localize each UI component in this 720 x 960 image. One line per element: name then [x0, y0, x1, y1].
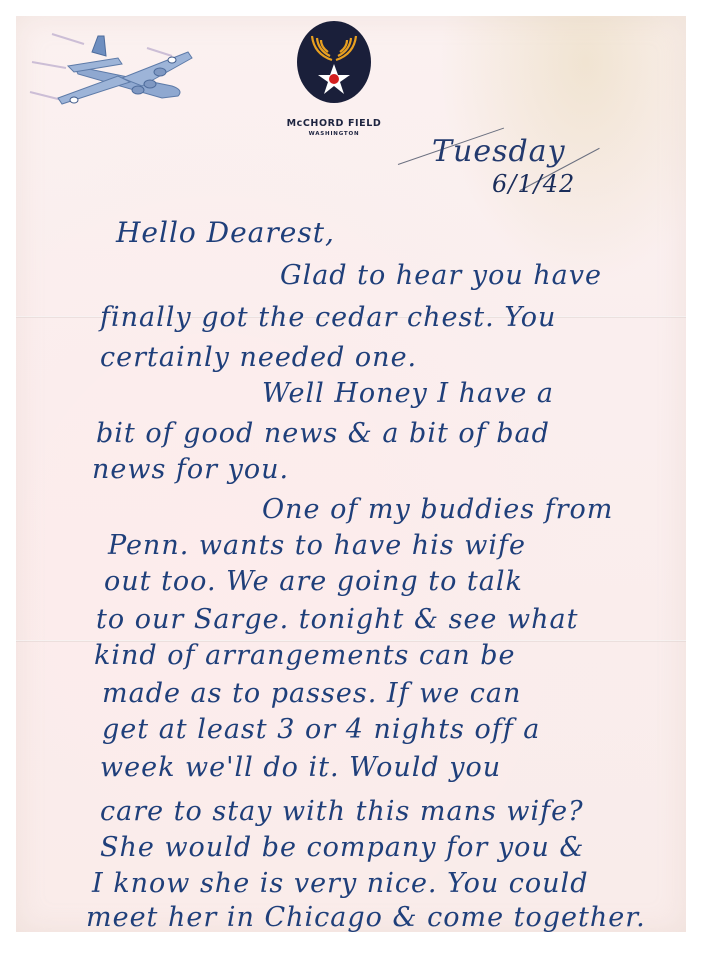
body-line: Penn. wants to have his wife [108, 530, 526, 561]
body-line: week we'll do it. Would you [100, 752, 501, 783]
body-line: news for you. [92, 454, 289, 485]
body-line: meet her in Chicago & come together. [86, 902, 646, 933]
body-line: made as to passes. If we can [102, 678, 521, 709]
body-line: bit of good news & a bit of bad [96, 418, 550, 449]
body-line: get at least 3 or 4 nights off a [102, 714, 540, 745]
date-day: Tuesday [432, 134, 566, 169]
body-line: kind of arrangements can be [94, 640, 515, 671]
letterhead-location: WASHINGTON [270, 131, 398, 137]
body-line: certainly needed one. [100, 342, 417, 373]
date-numeric: 6/1/42 [492, 170, 575, 198]
letterhead-title: McCHORD FIELD [270, 118, 398, 129]
body-line: care to stay with this mans wife? [100, 796, 584, 827]
body-line: Glad to hear you have [280, 260, 602, 291]
salutation: Hello Dearest, [116, 216, 335, 249]
body-line: Well Honey I have a [262, 378, 554, 409]
body-line: finally got the cedar chest. You [100, 302, 556, 333]
body-line: One of my buddies from [262, 494, 613, 525]
body-line: out too. We are going to talk [104, 566, 523, 597]
b17-bomber-icon [22, 22, 202, 112]
body-line: to our Sarge. tonight & see what [96, 604, 578, 635]
army-air-forces-emblem-icon [296, 20, 372, 104]
body-line: I know she is very nice. You could [92, 868, 588, 899]
body-line: She would be company for you & [100, 832, 584, 863]
